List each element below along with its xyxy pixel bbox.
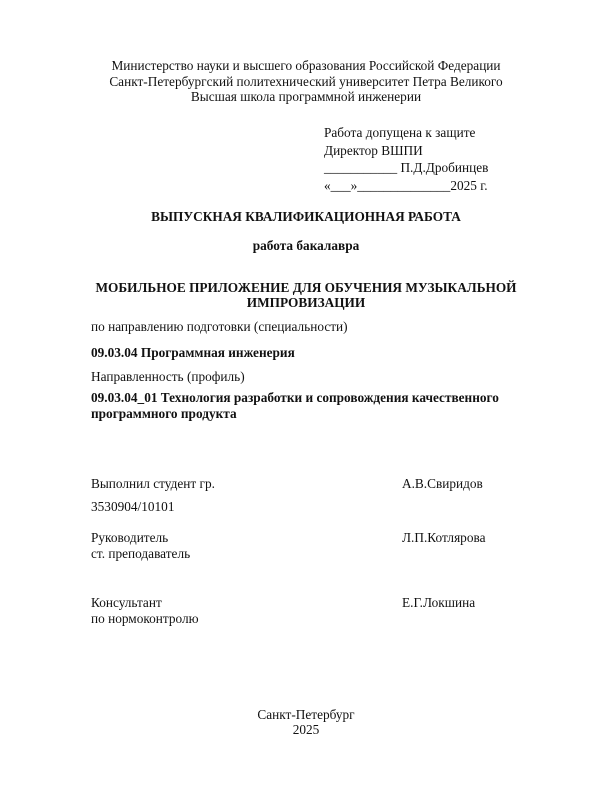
footer-block: Санкт-Петербург 2025 [0, 707, 612, 737]
approval-line-signature: ___________ П.Д.Дробинцев [324, 159, 488, 177]
footer-year: 2025 [0, 722, 612, 737]
approval-line-date: «___»______________2025 г. [324, 177, 488, 195]
supervisor-role: Руководитель [91, 530, 168, 546]
work-type-title: ВЫПУСКНАЯ КВАЛИФИКАЦИОННАЯ РАБОТА [0, 209, 612, 225]
school-name: Высшая школа программной инженерии [0, 89, 612, 105]
supervisor-position: ст. преподаватель [91, 546, 190, 562]
supervisor-name: Л.П.Котлярова [402, 530, 485, 546]
student-role: Выполнил студент гр. [91, 476, 215, 492]
consultant-area: по нормоконтролю [91, 611, 199, 627]
header-block: Министерство науки и высшего образования… [0, 58, 612, 105]
topic-line-1: МОБИЛЬНОЕ ПРИЛОЖЕНИЕ ДЛЯ ОБУЧЕНИЯ МУЗЫКА… [0, 280, 612, 295]
profile-value-line-2: программного продукта [91, 406, 237, 422]
degree-subtitle: работа бакалавра [0, 238, 612, 254]
direction-label: по направлению подготовки (специальности… [91, 319, 348, 335]
approval-line-director: Директор ВШПИ [324, 142, 488, 160]
approval-block: Работа допущена к защите Директор ВШПИ _… [324, 124, 488, 194]
approval-line-admitted: Работа допущена к защите [324, 124, 488, 142]
thesis-topic: МОБИЛЬНОЕ ПРИЛОЖЕНИЕ ДЛЯ ОБУЧЕНИЯ МУЗЫКА… [0, 280, 612, 310]
footer-city: Санкт-Петербург [0, 707, 612, 722]
ministry-name: Министерство науки и высшего образования… [0, 58, 612, 74]
profile-value-line-1: 09.03.04_01 Технология разработки и сопр… [91, 390, 499, 406]
direction-value: 09.03.04 Программная инженерия [91, 345, 295, 361]
topic-line-2: ИМПРОВИЗАЦИИ [0, 295, 612, 310]
profile-label: Направленность (профиль) [91, 369, 245, 385]
consultant-role: Консультант [91, 595, 162, 611]
student-group: 3530904/10101 [91, 499, 174, 515]
consultant-name: Е.Г.Локшина [402, 595, 475, 611]
university-name: Санкт-Петербургский политехнический унив… [0, 74, 612, 90]
student-name: А.В.Свиридов [402, 476, 483, 492]
